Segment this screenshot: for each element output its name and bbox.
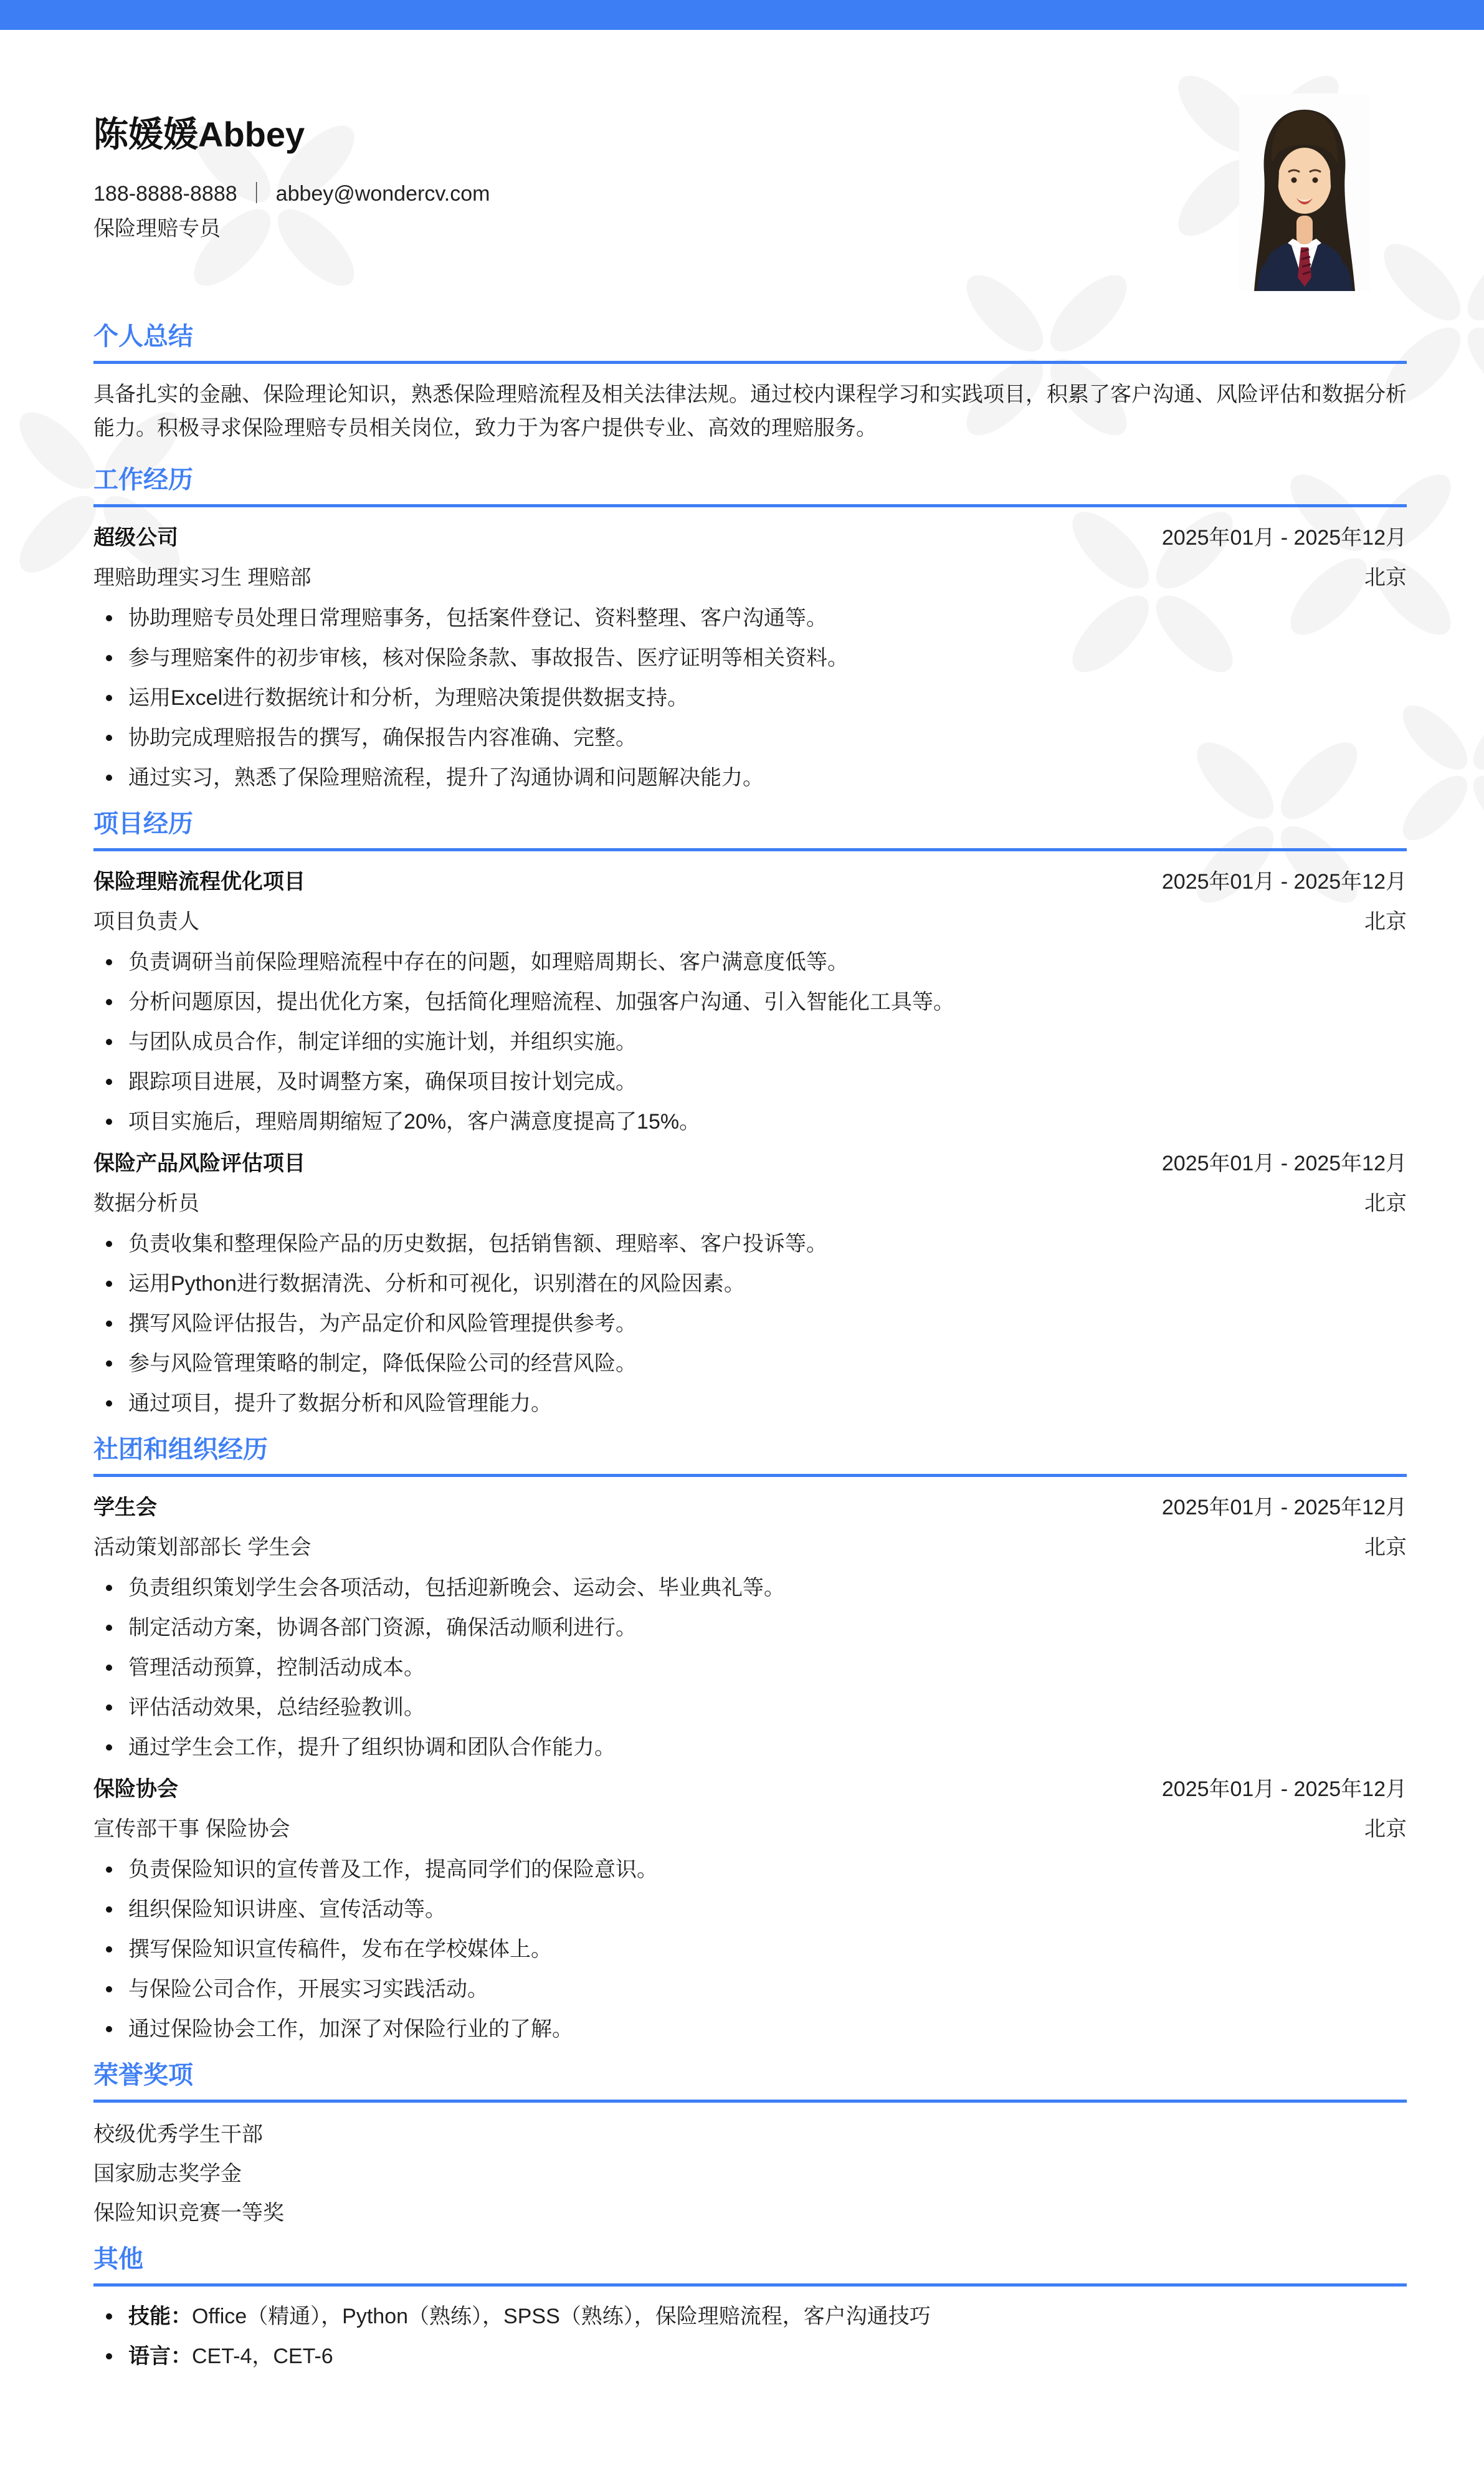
bullet-icon bbox=[106, 1241, 112, 1247]
bullet-text: 撰写保险知识宣传稿件，发布在学校媒体上。 bbox=[128, 1938, 552, 1961]
bullet-text: 通过实习，熟悉了保险理赔流程，提升了沟通协调和问题解决能力。 bbox=[128, 766, 764, 790]
skills-text: Office（精通），Python（熟练），SPSS（熟练），保险理赔流程，客户… bbox=[192, 2305, 931, 2328]
bullet-icon bbox=[106, 1079, 112, 1085]
target-job-title: 保险理赔专员 bbox=[93, 218, 1407, 239]
bullet-icon bbox=[106, 1665, 112, 1671]
list-item: 撰写风险评估报告，为产品定价和风险管理提供参考。 bbox=[93, 1312, 1407, 1335]
section-organizations: 社团和组织经历 学生会 2025年01月 - 2025年12月 活动策划部部长 … bbox=[93, 1437, 1407, 2040]
bullet-icon bbox=[106, 1585, 112, 1591]
bullet-text: 负责调研当前保险理赔流程中存在的问题，如理赔周期长、客户满意度低等。 bbox=[128, 950, 849, 974]
list-item: 负责收集和整理保险产品的历史数据，包括销售额、理赔率、客户投诉等。 bbox=[93, 1233, 1407, 1255]
languages-label: 语言： bbox=[128, 2344, 192, 2368]
entry-header: 超级公司 2025年01月 - 2025年12月 bbox=[93, 527, 1407, 548]
bullet-list: 负责保险知识的宣传普及工作，提高同学们的保险意识。 组织保险知识讲座、宣传活动等… bbox=[93, 1858, 1407, 2040]
bullet-icon bbox=[106, 1400, 112, 1407]
bullet-list: 负责组织策划学生会各项活动，包括迎新晚会、运动会、毕业典礼等。 制定活动方案，协… bbox=[93, 1577, 1407, 1759]
list-item: 与保险公司合作，开展实习实践活动。 bbox=[93, 1978, 1407, 2000]
resume-page: 陈媛媛Abbey 188-8888-8888｜abbey@wondercv.co… bbox=[0, 0, 1484, 2466]
bullet-text: 通过保险协会工作，加深了对保险行业的了解。 bbox=[128, 2017, 573, 2041]
entry-subheader: 宣传部干事 保险协会 北京 bbox=[93, 1818, 1407, 1840]
bullet-icon bbox=[106, 1986, 112, 1992]
bullet-icon bbox=[106, 735, 112, 741]
top-accent-bar bbox=[0, 0, 1484, 30]
section-title: 个人总结 bbox=[93, 324, 1407, 364]
bullet-icon bbox=[106, 1704, 112, 1711]
bullet-text: 运用Excel进行数据统计和分析，为理赔决策提供数据支持。 bbox=[128, 686, 688, 710]
list-item: 负责组织策划学生会各项活动，包括迎新晚会、运动会、毕业典礼等。 bbox=[93, 1577, 1407, 1599]
email-address[interactable]: abbey@wondercv.com bbox=[276, 182, 490, 206]
entry-header: 保险协会 2025年01月 - 2025年12月 bbox=[93, 1779, 1407, 1800]
bullet-text: 负责收集和整理保险产品的历史数据，包括销售额、理赔率、客户投诉等。 bbox=[128, 1232, 827, 1256]
list-item: 制定活动方案，协调各部门资源，确保活动顺利进行。 bbox=[93, 1617, 1407, 1639]
list-item: 语言：CET-4，CET-6 bbox=[93, 2345, 1407, 2368]
bullet-icon bbox=[106, 695, 112, 701]
bullet-text: 参与理赔案件的初步审核，核对保险条款、事故报告、医疗证明等相关资料。 bbox=[128, 646, 849, 670]
bullet-text: 与保险公司合作，开展实习实践活动。 bbox=[128, 1977, 488, 2001]
role-title: 宣传部干事 保险协会 bbox=[93, 1818, 290, 1840]
candidate-name: 陈媛媛Abbey bbox=[93, 117, 1407, 153]
list-item: 参与风险管理策略的制定，降低保险公司的经营风险。 bbox=[93, 1352, 1407, 1375]
entry-subheader: 项目负责人 北京 bbox=[93, 911, 1407, 932]
bullet-text: 制定活动方案，协调各部门资源，确保活动顺利进行。 bbox=[128, 1616, 637, 1640]
location: 北京 bbox=[1364, 1193, 1407, 1214]
section-title: 其他 bbox=[93, 2247, 1407, 2287]
bullet-icon bbox=[106, 1039, 112, 1045]
entry-header: 保险理赔流程优化项目 2025年01月 - 2025年12月 bbox=[93, 871, 1407, 892]
bullet-text: 协助完成理赔报告的撰写，确保报告内容准确、完整。 bbox=[128, 726, 637, 750]
bullet-text: 通过项目，提升了数据分析和风险管理能力。 bbox=[128, 1392, 552, 1415]
bullet-icon bbox=[106, 1744, 112, 1751]
bullet-icon bbox=[106, 999, 112, 1005]
list-item: 运用Python进行数据清洗、分析和可视化，识别潜在的风险因素。 bbox=[93, 1273, 1407, 1295]
bullet-icon bbox=[106, 2353, 112, 2359]
organization-entry: 学生会 2025年01月 - 2025年12月 活动策划部部长 学生会 北京 负… bbox=[93, 1497, 1407, 1759]
bullet-icon bbox=[106, 1946, 112, 1952]
list-item: 与团队成员合作，制定详细的实施计划，并组织实施。 bbox=[93, 1031, 1407, 1053]
bullet-icon bbox=[106, 1906, 112, 1913]
list-item: 负责调研当前保险理赔流程中存在的问题，如理赔周期长、客户满意度低等。 bbox=[93, 951, 1407, 973]
location: 北京 bbox=[1364, 1537, 1407, 1558]
entry-header: 学生会 2025年01月 - 2025年12月 bbox=[93, 1497, 1407, 1518]
profile-photo bbox=[1239, 93, 1370, 291]
bullet-text: 分析问题原因，提出优化方案，包括简化理赔流程、加强客户沟通、引入智能化工具等。 bbox=[128, 990, 954, 1014]
location: 北京 bbox=[1364, 567, 1407, 588]
section-title: 社团和组织经历 bbox=[93, 1437, 1407, 1477]
bullet-icon bbox=[106, 655, 112, 661]
contact-line: 188-8888-8888｜abbey@wondercv.com bbox=[93, 183, 1407, 204]
list-item: 评估活动效果，总结经验教训。 bbox=[93, 1696, 1407, 1719]
list-item: 通过实习，熟悉了保险理赔流程，提升了沟通协调和问题解决能力。 bbox=[93, 767, 1407, 789]
bullet-text: 协助理赔专员处理日常理赔事务，包括案件登记、资料整理、客户沟通等。 bbox=[128, 606, 827, 630]
section-personal-summary: 个人总结 具备扎实的金融、保险理论知识，熟悉保险理赔流程及相关法律法规。通过校内… bbox=[93, 324, 1407, 445]
date-range: 2025年01月 - 2025年12月 bbox=[1162, 871, 1407, 892]
role-title: 理赔助理实习生 理赔部 bbox=[93, 567, 311, 588]
company-name: 超级公司 bbox=[93, 527, 178, 548]
bullet-text: 跟踪项目进展，及时调整方案，确保项目按计划完成。 bbox=[128, 1070, 637, 1094]
award-item: 校级优秀学生干部 bbox=[93, 2123, 1407, 2146]
bullet-text: 项目实施后，理赔周期缩短了20%，客户满意度提高了15%。 bbox=[128, 1110, 700, 1134]
bullet-text: 运用Python进行数据清洗、分析和可视化，识别潜在的风险因素。 bbox=[128, 1272, 745, 1296]
bullet-list: 技能：Office（精通），Python（熟练），SPSS（熟练），保险理赔流程… bbox=[93, 2305, 1407, 2368]
portrait-illustration bbox=[1239, 93, 1370, 291]
bullet-text: 通过学生会工作，提升了组织协调和团队合作能力。 bbox=[128, 1736, 616, 1759]
role-title: 活动策划部部长 学生会 bbox=[93, 1537, 311, 1558]
list-item: 负责保险知识的宣传普及工作，提高同学们的保险意识。 bbox=[93, 1858, 1407, 1881]
location: 北京 bbox=[1364, 1818, 1407, 1840]
bullet-icon bbox=[106, 959, 112, 965]
list-item: 技能：Office（精通），Python（熟练），SPSS（熟练），保险理赔流程… bbox=[93, 2305, 1407, 2328]
work-entry: 超级公司 2025年01月 - 2025年12月 理赔助理实习生 理赔部 北京 … bbox=[93, 527, 1407, 789]
bullet-icon bbox=[106, 1625, 112, 1631]
organization-name: 保险协会 bbox=[93, 1779, 178, 1800]
project-name: 保险产品风险评估项目 bbox=[93, 1153, 305, 1174]
role-title: 数据分析员 bbox=[93, 1193, 199, 1214]
bullet-icon bbox=[106, 775, 112, 781]
bullet-text: 负责保险知识的宣传普及工作，提高同学们的保险意识。 bbox=[128, 1858, 658, 1881]
bullet-text: 组织保险知识讲座、宣传活动等。 bbox=[128, 1898, 446, 1921]
list-item: 分析问题原因，提出优化方案，包括简化理赔流程、加强客户沟通、引入智能化工具等。 bbox=[93, 991, 1407, 1013]
entry-subheader: 活动策划部部长 学生会 北京 bbox=[93, 1537, 1407, 1558]
list-item: 组织保险知识讲座、宣传活动等。 bbox=[93, 1898, 1407, 1921]
bullet-text: 撰写风险评估报告，为产品定价和风险管理提供参考。 bbox=[128, 1312, 637, 1336]
skills-label: 技能： bbox=[128, 2305, 192, 2328]
entry-subheader: 理赔助理实习生 理赔部 北京 bbox=[93, 567, 1407, 588]
bullet-list: 负责收集和整理保险产品的历史数据，包括销售额、理赔率、客户投诉等。 运用Pyth… bbox=[93, 1233, 1407, 1415]
date-range: 2025年01月 - 2025年12月 bbox=[1162, 1779, 1407, 1800]
list-item: 撰写保险知识宣传稿件，发布在学校媒体上。 bbox=[93, 1938, 1407, 1961]
languages-text: CET-4，CET-6 bbox=[192, 2344, 333, 2368]
list-item: 通过项目，提升了数据分析和风险管理能力。 bbox=[93, 1392, 1407, 1415]
bullet-text: 与团队成员合作，制定详细的实施计划，并组织实施。 bbox=[128, 1030, 637, 1054]
bullet-list: 负责调研当前保险理赔流程中存在的问题，如理赔周期长、客户满意度低等。 分析问题原… bbox=[93, 951, 1407, 1133]
list-item: 参与理赔案件的初步审核，核对保险条款、事故报告、医疗证明等相关资料。 bbox=[93, 647, 1407, 669]
location: 北京 bbox=[1364, 911, 1407, 932]
bullet-icon bbox=[106, 2026, 112, 2032]
project-entry: 保险产品风险评估项目 2025年01月 - 2025年12月 数据分析员 北京 … bbox=[93, 1153, 1407, 1415]
section-title: 荣誉奖项 bbox=[93, 2063, 1407, 2103]
list-item: 协助理赔专员处理日常理赔事务，包括案件登记、资料整理、客户沟通等。 bbox=[93, 607, 1407, 629]
list-item: 通过保险协会工作，加深了对保险行业的了解。 bbox=[93, 2018, 1407, 2040]
bullet-icon bbox=[106, 2313, 112, 2320]
bullet-icon bbox=[106, 1281, 112, 1287]
bullet-list: 协助理赔专员处理日常理赔事务，包括案件登记、资料整理、客户沟通等。 参与理赔案件… bbox=[93, 607, 1407, 789]
bullet-icon bbox=[106, 1321, 112, 1327]
organization-entry: 保险协会 2025年01月 - 2025年12月 宣传部干事 保险协会 北京 负… bbox=[93, 1779, 1407, 2040]
date-range: 2025年01月 - 2025年12月 bbox=[1162, 1497, 1407, 1518]
phone-number: 188-8888-8888 bbox=[93, 182, 237, 206]
bullet-text: 参与风险管理策略的制定，降低保险公司的经营风险。 bbox=[128, 1352, 637, 1375]
bullet-text: 管理活动预算，控制活动成本。 bbox=[128, 1656, 425, 1680]
award-item: 保险知识竞赛一等奖 bbox=[93, 2202, 1407, 2224]
resume-content: 陈媛媛Abbey 188-8888-8888｜abbey@wondercv.co… bbox=[0, 117, 1484, 2422]
section-work-experience: 工作经历 超级公司 2025年01月 - 2025年12月 理赔助理实习生 理赔… bbox=[93, 467, 1407, 789]
entry-subheader: 数据分析员 北京 bbox=[93, 1193, 1407, 1214]
list-item: 通过学生会工作，提升了组织协调和团队合作能力。 bbox=[93, 1736, 1407, 1759]
contact-separator: ｜ bbox=[246, 182, 267, 206]
project-entry: 保险理赔流程优化项目 2025年01月 - 2025年12月 项目负责人 北京 … bbox=[93, 871, 1407, 1133]
date-range: 2025年01月 - 2025年12月 bbox=[1162, 527, 1407, 548]
entry-header: 保险产品风险评估项目 2025年01月 - 2025年12月 bbox=[93, 1153, 1407, 1174]
bullet-text: 评估活动效果，总结经验教训。 bbox=[128, 1696, 425, 1719]
bullet-icon bbox=[106, 1866, 112, 1873]
role-title: 项目负责人 bbox=[93, 911, 199, 932]
bullet-icon bbox=[106, 615, 112, 621]
bullet-icon bbox=[106, 1119, 112, 1125]
section-title: 项目经历 bbox=[93, 811, 1407, 851]
section-other: 其他 技能：Office（精通），Python（熟练），SPSS（熟练），保险理… bbox=[93, 2247, 1407, 2368]
bullet-text: 负责组织策划学生会各项活动，包括迎新晚会、运动会、毕业典礼等。 bbox=[128, 1576, 785, 1600]
section-title: 工作经历 bbox=[93, 467, 1407, 507]
bullet-icon bbox=[106, 1360, 112, 1367]
project-name: 保险理赔流程优化项目 bbox=[93, 871, 305, 892]
award-item: 国家励志奖学金 bbox=[93, 2163, 1407, 2185]
list-item: 管理活动预算，控制活动成本。 bbox=[93, 1656, 1407, 1679]
list-item: 跟踪项目进展，及时调整方案，确保项目按计划完成。 bbox=[93, 1071, 1407, 1093]
section-project-experience: 项目经历 保险理赔流程优化项目 2025年01月 - 2025年12月 项目负责… bbox=[93, 811, 1407, 1415]
list-item: 协助完成理赔报告的撰写，确保报告内容准确、完整。 bbox=[93, 727, 1407, 749]
list-item: 运用Excel进行数据统计和分析，为理赔决策提供数据支持。 bbox=[93, 687, 1407, 709]
date-range: 2025年01月 - 2025年12月 bbox=[1162, 1153, 1407, 1174]
section-awards: 荣誉奖项 校级优秀学生干部 国家励志奖学金 保险知识竞赛一等奖 bbox=[93, 2063, 1407, 2224]
list-item: 项目实施后，理赔周期缩短了20%，客户满意度提高了15%。 bbox=[93, 1111, 1407, 1133]
summary-paragraph: 具备扎实的金融、保险理论知识，熟悉保险理赔流程及相关法律法规。通过校内课程学习和… bbox=[93, 378, 1407, 445]
organization-name: 学生会 bbox=[93, 1497, 157, 1518]
